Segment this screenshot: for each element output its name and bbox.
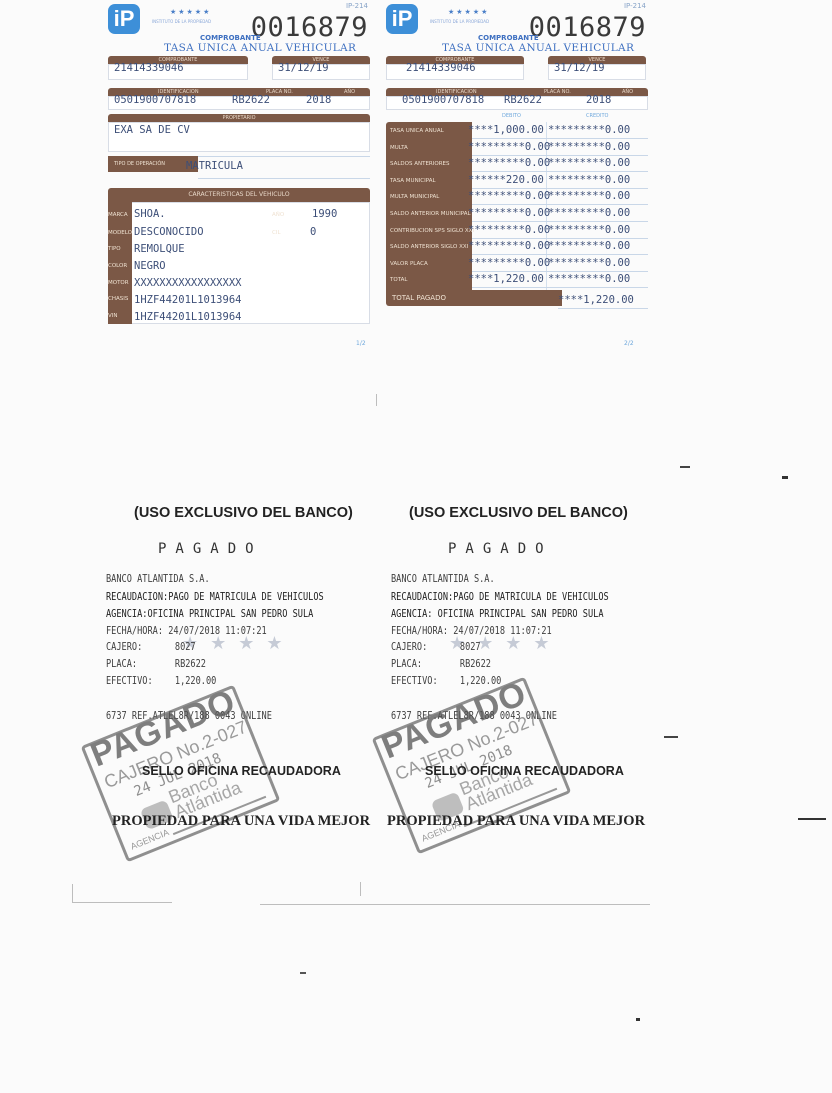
slogan: PROPIEDAD PARA UNA VIDA MEJOR xyxy=(387,813,645,830)
ip-logo-icon: iP xyxy=(108,4,140,34)
caracteristicas-label: CARACTERISTICAS DEL VEHICULO xyxy=(108,188,370,202)
watermark-stars-icon: ★★★★ xyxy=(182,633,295,654)
anio-vehicle-label: AÑO xyxy=(272,212,284,218)
divider xyxy=(472,271,648,272)
modelo-value: DESCONOCIDO xyxy=(134,226,204,238)
stamp-agencia: AGENCIA xyxy=(129,827,170,851)
total-pagado-label: TOTAL PAGADO xyxy=(386,290,562,306)
scan-artifact xyxy=(300,972,306,974)
color-value: NEGRO xyxy=(134,260,166,272)
tipo-label: TIPO xyxy=(108,246,121,252)
ledger-row-label: VALOR PLACA xyxy=(390,261,428,267)
bank-use-header: (USO EXCLUSIVO DEL BANCO) xyxy=(409,505,628,521)
recaudacion-line: RECAUDACION:PAGO DE MATRICULA DE VEHICUL… xyxy=(391,591,609,603)
modelo-label: MODELO xyxy=(108,230,132,236)
ledger-debito-value: *********0.00 xyxy=(468,141,550,153)
ledger-credito-value: *********0.00 xyxy=(548,257,630,269)
stars-icon: ★★★★★ xyxy=(170,8,211,16)
receipt-subtitle: COMPROBANTE xyxy=(200,34,261,42)
bank-section-left: (USO EXCLUSIVO DEL BANCO) PAGADO BANCO A… xyxy=(100,505,390,885)
divider xyxy=(472,155,648,156)
divider xyxy=(472,204,648,205)
scan-artifact xyxy=(798,818,826,820)
ledger-row-label: TASA UNICA ANUAL xyxy=(390,128,444,134)
anio-value: 2018 xyxy=(586,94,611,106)
ledger-row-label: MULTA MUNICIPAL xyxy=(390,194,439,200)
ledger-debito-value: *********0.00 xyxy=(468,190,550,202)
motor-value: XXXXXXXXXXXXXXXXX xyxy=(134,277,241,289)
ip-logo-icon: iP xyxy=(386,4,418,34)
payment-status: PAGADO xyxy=(158,541,263,557)
vin-label: VIN xyxy=(108,313,118,319)
ledger-debito-value: *********0.00 xyxy=(468,157,550,169)
cajero-value: 8027 xyxy=(460,641,481,653)
ledger-credito-value: *********0.00 xyxy=(548,224,630,236)
ledger-credito-value: *********0.00 xyxy=(548,141,630,153)
ledger-row-label: SALDO ANTERIOR SIGLO XXI xyxy=(390,244,468,250)
divider xyxy=(472,238,648,239)
placa-key: PLACA: xyxy=(106,658,175,670)
comprobante-value: 21414339046 xyxy=(406,62,476,74)
ledger-debito-value: ******220.00 xyxy=(468,174,544,186)
institute-name: INSTITUTO DE LA PROPIEDAD xyxy=(152,19,211,24)
scan-artifact xyxy=(782,476,788,479)
ledger-credito-value: *********0.00 xyxy=(548,190,630,202)
vence-value: 31/12/19 xyxy=(554,62,605,74)
ledger-credito-value: *********0.00 xyxy=(548,157,630,169)
tipo-operacion-value: MATRICULA xyxy=(186,160,243,172)
marca-value: SHOA. xyxy=(134,208,166,220)
slogan: PROPIEDAD PARA UNA VIDA MEJOR xyxy=(112,813,370,830)
scanned-document: iP ★★★★★ INSTITUTO DE LA PROPIEDAD IP-21… xyxy=(0,0,832,1093)
comprobante-value: 21414339046 xyxy=(114,62,184,74)
scan-artifact xyxy=(680,466,690,468)
form-code: IP-214 xyxy=(346,2,368,10)
ledger-row-label: TASA MUNICIPAL xyxy=(390,178,436,184)
receipt-subtitle: COMPROBANTE xyxy=(478,34,539,42)
receipt-title: TASA UNICA ANUAL VEHICULAR xyxy=(164,42,356,54)
divider xyxy=(558,308,648,309)
ledger-credito-value: *********0.00 xyxy=(548,273,630,285)
divider xyxy=(472,138,648,139)
color-label: COLOR xyxy=(108,263,127,269)
placa-value: RB2622 xyxy=(460,658,491,670)
folio-number: 0016879 xyxy=(529,12,646,43)
divider xyxy=(472,171,648,172)
total-pagado-value: ****1,220.00 xyxy=(558,294,634,306)
institute-name: INSTITUTO DE LA PROPIEDAD xyxy=(430,19,489,24)
cajero-key: CAJERO: xyxy=(391,641,460,653)
receipt-page-2: iP ★★★★★ INSTITUTO DE LA PROPIEDAD IP-21… xyxy=(382,0,654,345)
divider xyxy=(198,178,370,179)
anio-vehicle-value: 1990 xyxy=(312,208,337,220)
cajero-key: CAJERO: xyxy=(106,641,175,653)
motor-label: MOTOR xyxy=(108,280,129,286)
marca-label: MARCA xyxy=(108,212,128,218)
vence-value: 31/12/19 xyxy=(278,62,329,74)
scan-artifact xyxy=(664,736,678,738)
identificacion-value: 0501900707818 xyxy=(114,94,196,106)
tipo-operacion-label: TIPO DE OPERACIÓN xyxy=(108,156,198,172)
efectivo-value: 1,220.00 xyxy=(175,675,216,687)
chasis-value: 1HZF44201L1013964 xyxy=(134,294,241,306)
sello-label: SELLO OFICINA RECAUDADORA xyxy=(425,764,624,778)
placa-value: RB2622 xyxy=(175,658,206,670)
stars-icon: ★★★★★ xyxy=(448,8,489,16)
divider xyxy=(472,287,648,288)
recaudacion-line: RECAUDACION:PAGO DE MATRICULA DE VEHICUL… xyxy=(106,591,324,603)
page-number: 2/2 xyxy=(624,340,634,347)
page-number: 1/2 xyxy=(356,340,366,347)
credito-header: CREDITO xyxy=(586,113,608,119)
propietario-value: EXA SA DE CV xyxy=(114,124,190,136)
bank-name: BANCO ATLANTIDA S.A. xyxy=(391,573,495,585)
bank-section-right: (USO EXCLUSIVO DEL BANCO) PAGADO BANCO A… xyxy=(385,505,675,885)
ledger-row-label: SALDO ANTERIOR MUNICIPAL xyxy=(390,211,471,217)
ledger-credito-value: *********0.00 xyxy=(548,240,630,252)
ledger-debito-value: *********0.00 xyxy=(468,240,550,252)
receipt-title: TASA UNICA ANUAL VEHICULAR xyxy=(442,42,634,54)
anio-value: 2018 xyxy=(306,94,331,106)
ledger-row-label: CONTRIBUCION SPS SIGLO XXI xyxy=(390,228,474,234)
bank-name: BANCO ATLANTIDA S.A. xyxy=(106,573,210,585)
sello-label: SELLO OFICINA RECAUDADORA xyxy=(142,764,341,778)
scan-artifact xyxy=(376,394,377,406)
divider xyxy=(472,188,648,189)
ledger-row-label: SALDOS ANTERIORES xyxy=(390,161,450,167)
scan-artifact xyxy=(260,904,650,905)
form-code: IP-214 xyxy=(624,2,646,10)
scan-artifact xyxy=(72,884,73,902)
scan-artifact xyxy=(72,902,172,903)
payment-status: PAGADO xyxy=(448,541,553,557)
divider xyxy=(198,156,370,157)
cajero-value: 8027 xyxy=(175,641,196,653)
bank-use-header: (USO EXCLUSIVO DEL BANCO) xyxy=(134,505,353,521)
placa-value: RB2622 xyxy=(232,94,270,106)
identificacion-value: 0501900707818 xyxy=(402,94,484,106)
debito-header: DEBITO xyxy=(502,113,521,119)
placa-value: RB2622 xyxy=(504,94,542,106)
ledger-debito-value: *********0.00 xyxy=(468,224,550,236)
divider xyxy=(472,254,648,255)
ledger-row-label: MULTA xyxy=(390,145,408,151)
divider xyxy=(472,221,648,222)
efectivo-key: EFECTIVO: xyxy=(391,675,460,687)
folio-number: 0016879 xyxy=(251,12,368,43)
ledger-debito-value: *********0.00 xyxy=(468,207,550,219)
vin-value: 1HZF44201L1013964 xyxy=(134,311,241,323)
agencia-line: AGENCIA: OFICINA PRINCIPAL SAN PEDRO SUL… xyxy=(391,608,604,620)
ledger-credito-value: *********0.00 xyxy=(548,207,630,219)
scan-artifact xyxy=(360,882,361,896)
cil-value: 0 xyxy=(310,226,316,238)
receipt-page-1: iP ★★★★★ INSTITUTO DE LA PROPIEDAD IP-21… xyxy=(104,0,376,345)
placa-key: PLACA: xyxy=(391,658,460,670)
tipo-value: REMOLQUE xyxy=(134,243,185,255)
ledger-debito-value: ****1,000.00 xyxy=(468,124,544,136)
ledger-debito-value: *********0.00 xyxy=(468,257,550,269)
agencia-line: AGENCIA:OFICINA PRINCIPAL SAN PEDRO SULA xyxy=(106,608,313,620)
cil-label: CIL xyxy=(272,230,281,236)
ledger-debito-value: ****1,220.00 xyxy=(468,273,544,285)
ledger-credito-value: *********0.00 xyxy=(548,174,630,186)
chasis-label: CHASIS xyxy=(108,296,128,302)
scan-artifact xyxy=(636,1018,640,1021)
efectivo-key: EFECTIVO: xyxy=(106,675,175,687)
ledger-row-label: TOTAL xyxy=(390,277,407,283)
ledger-credito-value: *********0.00 xyxy=(548,124,630,136)
